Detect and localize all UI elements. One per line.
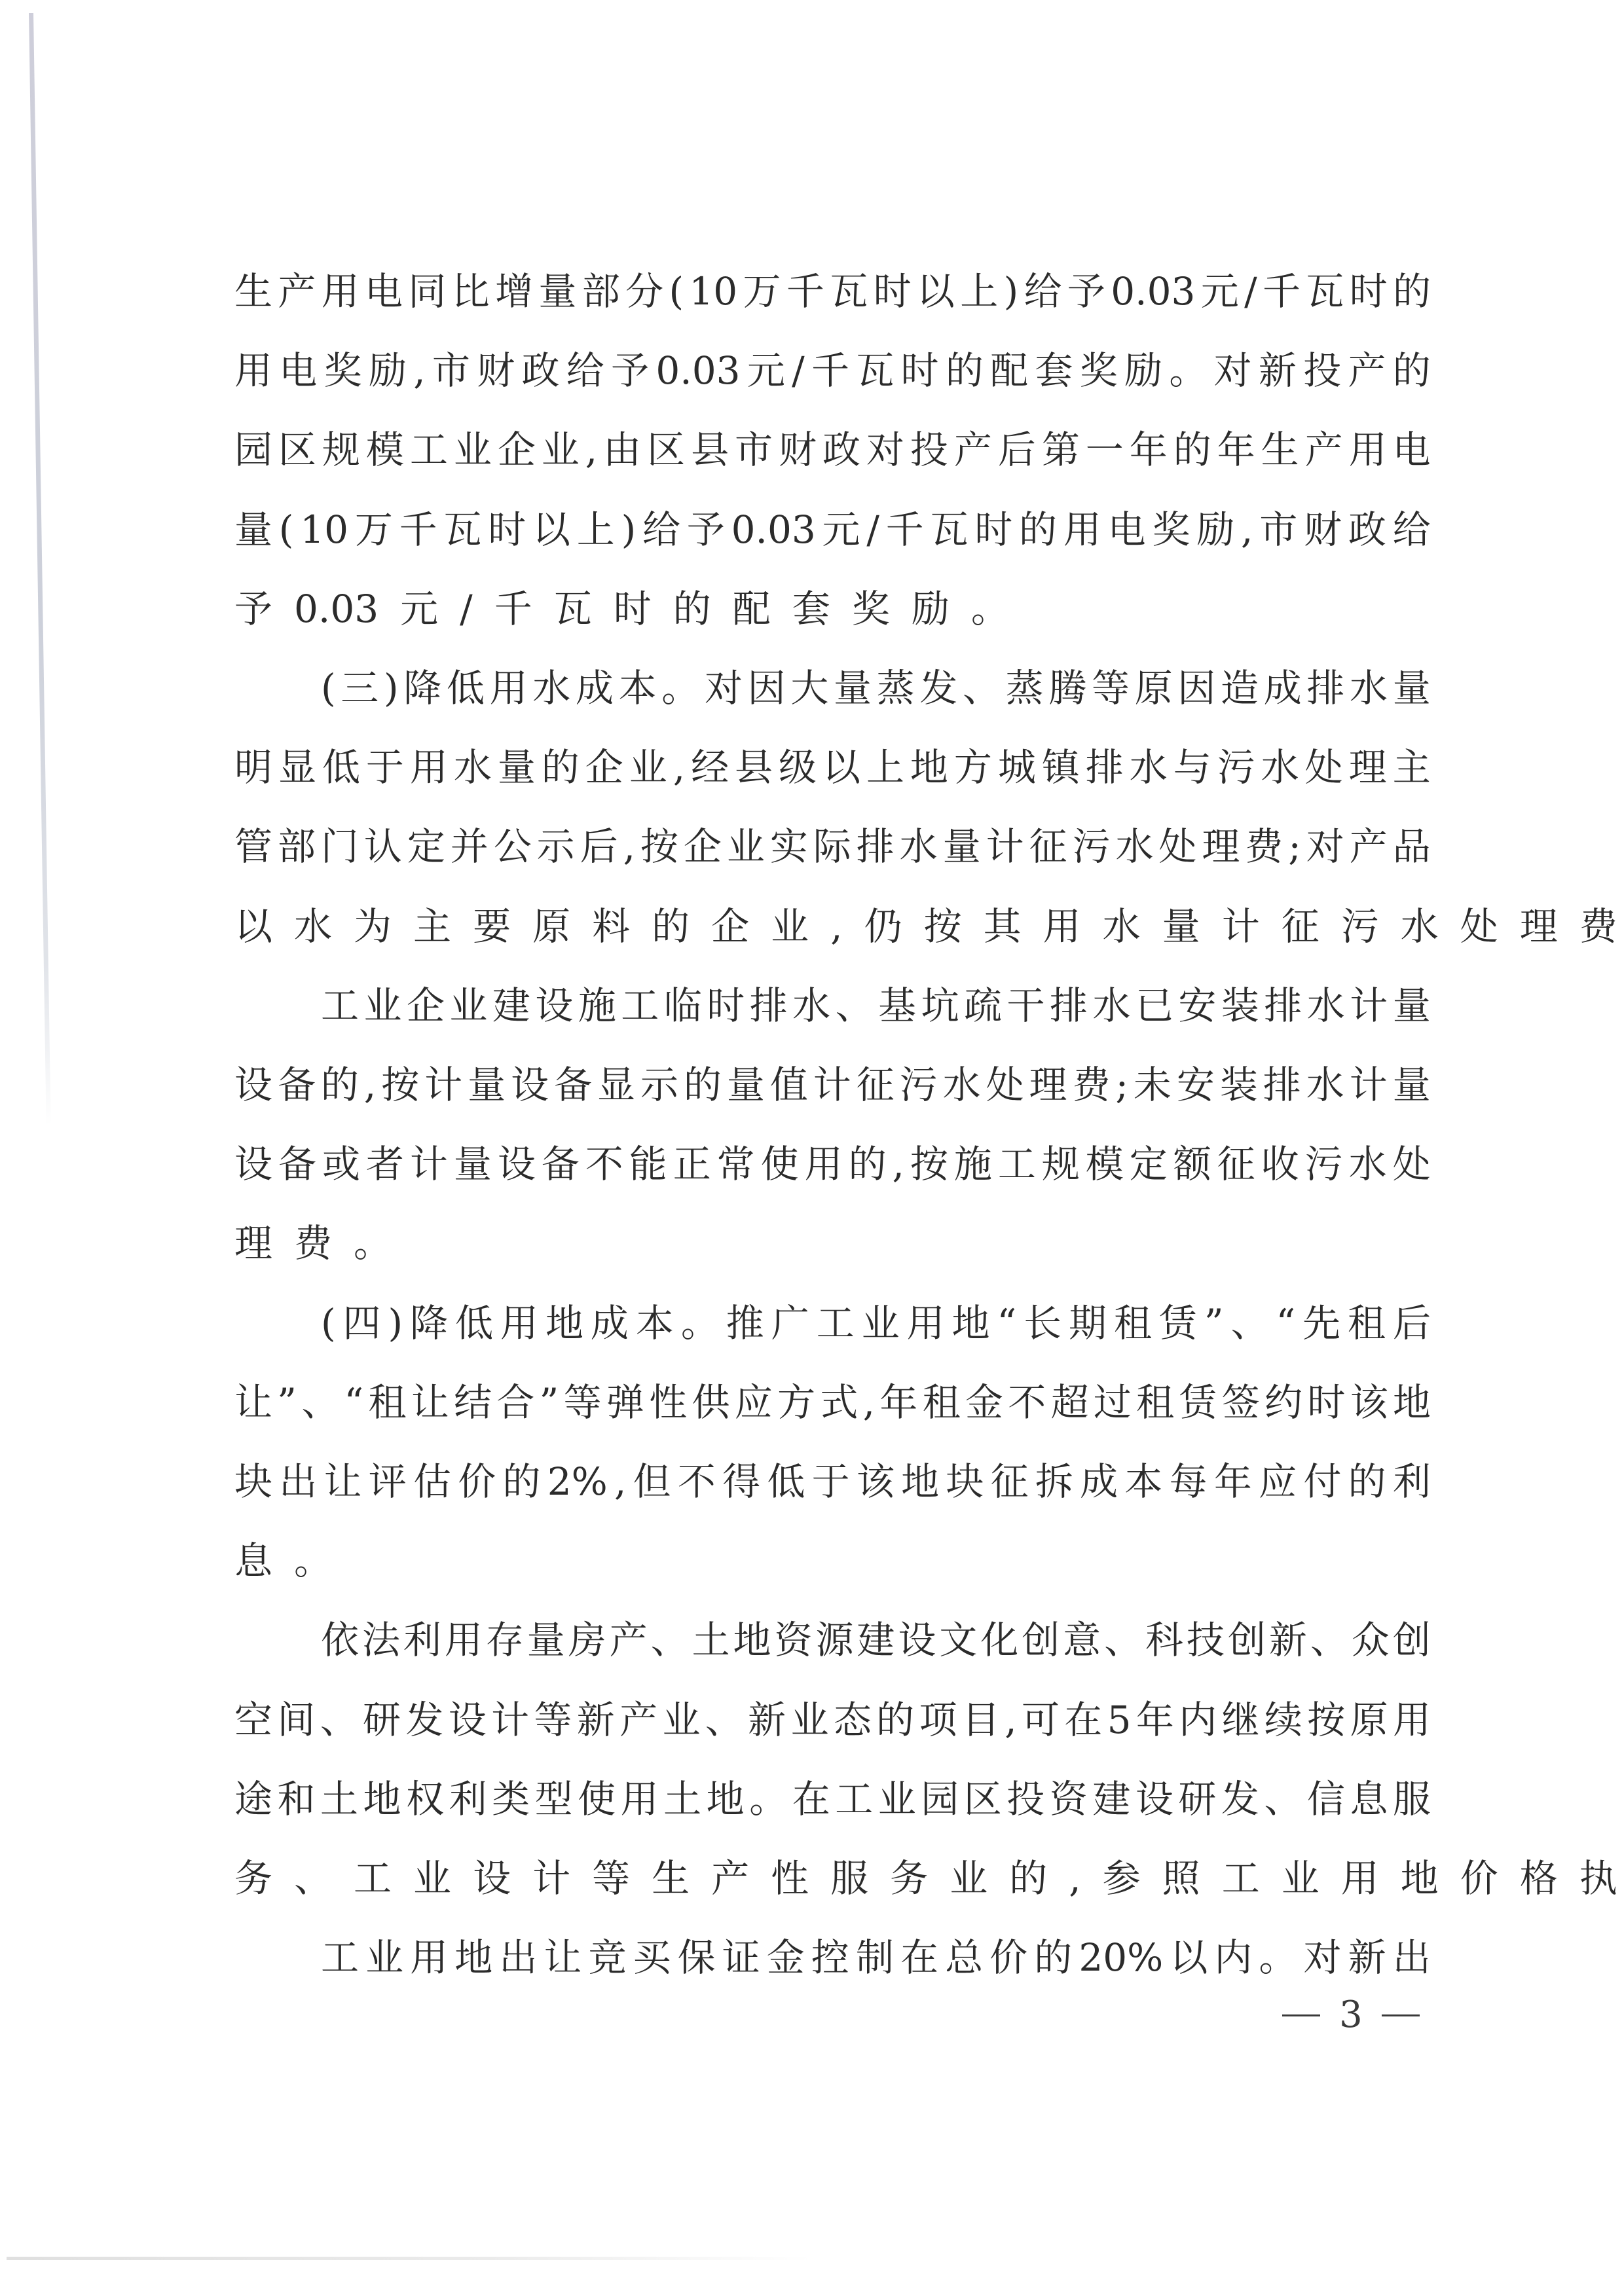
text-glyph: 定 — [1130, 1141, 1168, 1187]
text-glyph: 备 — [542, 1141, 580, 1187]
text-glyph: 疏 — [964, 983, 1002, 1029]
text-glyph: 地 — [1401, 1855, 1439, 1901]
text-glyph: 区 — [964, 1776, 1002, 1822]
text-glyph: 企 — [498, 427, 536, 473]
text-glyph: 先 — [1302, 1300, 1340, 1346]
text-glyph: 已 — [1135, 983, 1173, 1029]
text-glyph: 计 — [532, 1855, 570, 1901]
text-glyph: 该 — [1350, 1379, 1388, 1425]
text-glyph: 地 — [1393, 1379, 1431, 1425]
text-glyph: 估 — [413, 1459, 451, 1504]
text-glyph: 干 — [1007, 983, 1045, 1029]
text-glyph: 赁 — [1179, 1379, 1217, 1425]
text-glyph: 予 — [611, 348, 649, 393]
text-glyph: 千 — [1263, 268, 1301, 314]
text-glyph: ) — [1004, 268, 1019, 314]
text-glyph: “ — [997, 1300, 1017, 1346]
text-glyph: 降 — [410, 1300, 448, 1346]
text-glyph: 间 — [277, 1697, 315, 1743]
text-line: (三)降低用水成本。对因大量蒸发、蒸腾等原因造成排水量 — [321, 665, 1431, 711]
text-glyph: 的 — [1393, 268, 1431, 314]
text-glyph: 不 — [678, 1459, 716, 1504]
text-glyph: 在 — [792, 1776, 830, 1822]
text-glyph: 值 — [770, 1062, 808, 1108]
text-glyph: 证 — [722, 1935, 760, 1980]
text-glyph: 配 — [733, 586, 771, 632]
text-line: 途和土地权利类型使用土地。在工业园区投资建设研发、信息服 — [234, 1776, 1431, 1822]
text-glyph: 安 — [1178, 983, 1216, 1029]
text-glyph: 等 — [564, 1379, 602, 1425]
text-line: 用电奖励,市财政给予0.03元/千瓦时的配套奖励。对新投产的 — [234, 348, 1431, 393]
text-glyph: 以 — [822, 744, 860, 790]
text-glyph: 水 — [1103, 903, 1141, 949]
text-glyph: 项 — [919, 1697, 957, 1743]
text-glyph: 励 — [1196, 507, 1234, 553]
text-glyph: 合 — [496, 1379, 534, 1425]
text-glyph: 推 — [726, 1300, 764, 1346]
text-glyph: 性 — [771, 1855, 809, 1901]
text-glyph: 水 — [1130, 744, 1168, 790]
text-glyph: 用 — [410, 744, 448, 790]
text-glyph: 资 — [1050, 1776, 1088, 1822]
text-glyph: 时 — [707, 983, 745, 1029]
text-glyph: 的 — [321, 1062, 359, 1108]
text-glyph: 显 — [597, 1062, 635, 1108]
text-glyph: 产 — [1350, 824, 1388, 869]
text-glyph: 财 — [477, 348, 515, 393]
text-glyph: 瓦 — [830, 268, 868, 314]
text-glyph: 上 — [866, 744, 904, 790]
text-glyph: 并 — [451, 824, 489, 869]
text-glyph: ) — [388, 1300, 403, 1346]
text-glyph: ” — [540, 1379, 559, 1425]
text-glyph: 租 — [368, 1379, 406, 1425]
text-glyph: 的 — [503, 1459, 541, 1504]
text-glyph: 设 — [449, 1697, 487, 1743]
text-glyph: 水 — [1261, 744, 1299, 790]
text-glyph: 电 — [279, 348, 317, 393]
text-glyph: 元 — [822, 507, 860, 553]
text-glyph: 发 — [1221, 1776, 1259, 1822]
text-glyph: 予 — [687, 507, 725, 553]
text-glyph: 。 — [1259, 1935, 1297, 1980]
text-glyph: 低 — [455, 1300, 493, 1346]
text-glyph: 广 — [771, 1300, 809, 1346]
text-glyph: 源 — [815, 1617, 853, 1663]
text-glyph: 按 — [640, 824, 678, 869]
text-glyph: 过 — [1094, 1379, 1132, 1425]
text-glyph: ” — [277, 1379, 297, 1425]
text-line: 生产用电同比增量部分(10万千瓦时以上)给予0.03元/千瓦时的 — [234, 268, 1431, 314]
text-glyph: 用 — [621, 1776, 659, 1822]
text-glyph: 地 — [901, 1459, 939, 1504]
text-glyph: 租 — [1136, 1379, 1174, 1425]
text-glyph: 业 — [449, 983, 487, 1029]
text-glyph: 蒸 — [877, 665, 915, 711]
text-glyph: 年 — [1214, 1459, 1252, 1504]
text-glyph: 10 — [689, 268, 737, 314]
text-glyph: 。 — [294, 1538, 332, 1584]
text-glyph: 化 — [980, 1617, 1018, 1663]
text-glyph: 20% — [1079, 1935, 1163, 1980]
text-glyph: 每 — [1170, 1459, 1208, 1504]
text-glyph: 理 — [1202, 824, 1240, 869]
text-glyph: 认 — [364, 824, 402, 869]
text-glyph: 的 — [876, 1697, 914, 1743]
text-line: 理费。 — [234, 1220, 413, 1266]
text-glyph: 原 — [532, 903, 570, 949]
text-glyph: 在 — [900, 1935, 938, 1980]
text-glyph: , — [364, 1062, 376, 1108]
text-glyph: 量 — [727, 1062, 765, 1108]
text-glyph: 部 — [582, 268, 620, 314]
text-glyph: 业 — [413, 1855, 451, 1901]
text-glyph: 予 — [234, 586, 272, 632]
text-glyph: 的 — [542, 744, 580, 790]
text-glyph: 其 — [984, 903, 1022, 949]
text-glyph: 比 — [452, 268, 490, 314]
text-glyph: 设 — [511, 1062, 549, 1108]
text-glyph: 新 — [1348, 1935, 1386, 1980]
text-glyph: 年 — [1130, 427, 1168, 473]
text-glyph: 继 — [1222, 1697, 1260, 1743]
text-glyph: 本 — [619, 665, 657, 711]
text-glyph: 计 — [813, 1062, 851, 1108]
text-glyph: 处 — [1393, 1141, 1431, 1187]
text-glyph: 。 — [354, 1220, 392, 1266]
text-glyph: 未 — [1134, 1062, 1172, 1108]
text-glyph: 水 — [532, 665, 570, 711]
text-glyph: 、 — [1104, 1617, 1142, 1663]
text-glyph: 类 — [492, 1776, 530, 1822]
text-line: 予0.03元/千瓦时的配套奖励。 — [234, 586, 1031, 632]
text-glyph: , — [830, 903, 842, 949]
text-glyph: 式 — [820, 1379, 858, 1425]
text-glyph: 临 — [664, 983, 702, 1029]
text-glyph: 使 — [578, 1776, 616, 1822]
text-line: 块出让评估价的2%,但不得低于该地块征拆成本每年应付的利 — [234, 1459, 1431, 1504]
text-glyph: 业 — [1282, 1855, 1319, 1901]
text-glyph: 企 — [711, 903, 749, 949]
text-glyph: 水 — [294, 903, 332, 949]
text-glyph: 瓦 — [856, 348, 894, 393]
text-glyph: 土 — [320, 1776, 358, 1822]
text-glyph: 长 — [1024, 1300, 1061, 1346]
text-glyph: 元 — [1201, 268, 1239, 314]
text-glyph: 。 — [661, 665, 699, 711]
text-glyph: 用 — [1043, 903, 1081, 949]
text-glyph: 产 — [1348, 348, 1386, 393]
text-glyph: 费 — [1579, 903, 1617, 949]
text-glyph: 、 — [294, 1855, 332, 1901]
text-glyph: 以 — [917, 268, 955, 314]
text-line: 以水为主要原料的企业,仍按其用水量计征污水处理费。 — [234, 903, 1624, 949]
text-glyph: 意 — [1063, 1617, 1101, 1663]
text-glyph: 排 — [1050, 983, 1088, 1029]
text-glyph: 按 — [924, 903, 962, 949]
text-glyph: 息 — [234, 1538, 272, 1584]
text-glyph: 量 — [943, 824, 981, 869]
text-glyph: 、 — [1231, 1300, 1269, 1346]
text-glyph: 常 — [717, 1141, 755, 1187]
text-glyph: 租 — [1348, 1300, 1386, 1346]
text-glyph: 由 — [603, 427, 641, 473]
text-line: 让”、“租让结合”等弹性供应方式,年租金不超过租赁签约时该地 — [234, 1379, 1431, 1425]
text-glyph: 一 — [1086, 427, 1124, 473]
text-glyph: 生 — [234, 268, 272, 314]
text-glyph: 投 — [910, 427, 948, 473]
text-glyph: 量 — [498, 744, 536, 790]
text-glyph: 元 — [400, 586, 438, 632]
text-glyph: 安 — [1177, 1062, 1215, 1108]
text-glyph: 给 — [1024, 268, 1062, 314]
text-glyph: 财 — [1304, 507, 1342, 553]
text-glyph: 实 — [770, 824, 808, 869]
text-glyph: 腾 — [1048, 665, 1086, 711]
text-glyph: 应 — [735, 1379, 773, 1425]
text-glyph: 工 — [410, 427, 448, 473]
text-glyph: 污 — [1305, 1141, 1343, 1187]
text-glyph: 资 — [774, 1617, 812, 1663]
text-glyph: 给 — [642, 507, 680, 553]
text-glyph: 的 — [684, 1062, 722, 1108]
text-glyph: 园 — [234, 427, 272, 473]
text-glyph: 征 — [1282, 903, 1319, 949]
text-glyph: 或 — [322, 1141, 360, 1187]
text-glyph: 土 — [692, 1617, 730, 1663]
text-glyph: 让 — [411, 1379, 449, 1425]
text-glyph: 计 — [424, 1062, 462, 1108]
text-glyph: 。 — [749, 1776, 787, 1822]
text-glyph: 政 — [522, 348, 560, 393]
text-glyph: 万 — [743, 268, 781, 314]
text-glyph: 大 — [790, 665, 828, 711]
text-glyph: 投 — [1006, 1776, 1044, 1822]
text-glyph: 的 — [673, 586, 711, 632]
text-glyph: 年 — [879, 1379, 917, 1425]
text-glyph: 时 — [974, 507, 1012, 553]
text-glyph: 建 — [1092, 1776, 1130, 1822]
text-glyph: 规 — [322, 427, 360, 473]
text-glyph: 的 — [1034, 1935, 1072, 1980]
text-glyph: 原 — [1350, 1697, 1388, 1743]
text-glyph: 途 — [234, 1776, 272, 1822]
text-glyph: 价 — [458, 1459, 496, 1504]
text-glyph: 态 — [834, 1697, 872, 1743]
text-glyph: 装 — [1220, 1062, 1258, 1108]
text-glyph: 部 — [278, 824, 316, 869]
text-glyph: 土 — [663, 1776, 701, 1822]
text-glyph: 三 — [341, 665, 378, 711]
text-glyph: 成 — [1080, 1459, 1118, 1504]
text-glyph: ) — [621, 507, 637, 553]
text-glyph: 业 — [363, 983, 401, 1029]
text-glyph: 际 — [813, 824, 851, 869]
text-glyph: 续 — [1264, 1697, 1302, 1743]
text-glyph: 参 — [1103, 1855, 1141, 1901]
text-glyph: 结 — [454, 1379, 492, 1425]
text-glyph: 发 — [919, 665, 957, 711]
text-glyph: 额 — [1173, 1141, 1211, 1187]
text-glyph: 时 — [874, 268, 912, 314]
text-glyph: 签 — [1222, 1379, 1260, 1425]
text-glyph: 奖 — [1080, 348, 1118, 393]
text-glyph: 备 — [278, 1062, 316, 1108]
text-glyph: 量 — [454, 1141, 492, 1187]
text-glyph: 利 — [1393, 1459, 1431, 1504]
text-glyph: 买 — [633, 1935, 671, 1980]
text-line: 务、工业设计等生产性服务业的,参照工业用地价格执行。 — [234, 1855, 1624, 1901]
text-glyph: 理 — [1349, 744, 1387, 790]
text-glyph: 模 — [366, 427, 404, 473]
text-glyph: 设 — [234, 1062, 272, 1108]
text-line: 管部门认定并公示后,按企业实际排水量计征污水处理费;对产品 — [234, 824, 1431, 869]
text-glyph: 模 — [1086, 1141, 1124, 1187]
text-glyph: 后 — [580, 824, 618, 869]
text-glyph: 定 — [407, 824, 445, 869]
text-glyph: 时 — [1307, 1379, 1345, 1425]
text-glyph: 地 — [733, 1617, 771, 1663]
text-glyph: 、 — [963, 665, 1001, 711]
text-glyph: , — [585, 427, 597, 473]
text-glyph: 征 — [1217, 1141, 1255, 1187]
text-glyph: 装 — [1221, 983, 1259, 1029]
text-glyph: 工 — [321, 1935, 359, 1980]
text-glyph: 市 — [432, 348, 470, 393]
text-glyph: 企 — [407, 983, 445, 1029]
text-glyph: 企 — [585, 744, 623, 790]
text-glyph: 新 — [1269, 1617, 1307, 1663]
text-glyph: 与 — [1173, 744, 1211, 790]
text-glyph: 施 — [954, 1141, 992, 1187]
text-glyph: 计 — [1350, 983, 1388, 1029]
text-glyph: 电 — [1108, 507, 1146, 553]
text-glyph: , — [863, 1379, 875, 1425]
text-glyph: 、 — [301, 1379, 339, 1425]
text-glyph: 务 — [890, 1855, 928, 1901]
text-glyph: 污 — [1217, 744, 1255, 790]
text-line: 明显低于用水量的企业,经县级以上地方城镇排水与污水处理主 — [234, 744, 1431, 790]
text-glyph: ; — [1115, 1062, 1128, 1108]
text-glyph: 10 — [300, 507, 348, 553]
text-glyph: 市 — [735, 427, 773, 473]
text-glyph: 按 — [381, 1062, 419, 1108]
text-glyph: 执 — [1579, 1855, 1617, 1901]
text-glyph: 设 — [535, 983, 573, 1029]
text-glyph: 管 — [234, 824, 272, 869]
text-glyph: 量 — [527, 1617, 565, 1663]
page-number-dash-left — [1282, 2014, 1320, 2016]
text-glyph: , — [673, 744, 685, 790]
text-glyph: 让 — [234, 1379, 272, 1425]
text-glyph: 付 — [1303, 1459, 1341, 1504]
text-glyph: 瓦 — [930, 507, 968, 553]
text-glyph: 千 — [399, 507, 437, 553]
text-glyph: 明 — [234, 744, 272, 790]
text-glyph: 水 — [943, 1062, 981, 1108]
text-glyph: 对 — [866, 427, 904, 473]
text-glyph: 技 — [1187, 1617, 1225, 1663]
text-glyph: 时 — [488, 507, 526, 553]
text-glyph: 在 — [1064, 1697, 1102, 1743]
text-glyph: 建 — [857, 1617, 895, 1663]
text-glyph: 按 — [1307, 1697, 1345, 1743]
text-glyph: 工 — [835, 1776, 873, 1822]
text-glyph: 门 — [321, 824, 359, 869]
text-glyph: 本 — [636, 1300, 674, 1346]
text-glyph: 利 — [403, 1617, 441, 1663]
text-glyph: 于 — [812, 1459, 850, 1504]
text-glyph: 征 — [857, 1062, 895, 1108]
text-glyph: 元 — [747, 348, 785, 393]
text-glyph: 显 — [278, 744, 316, 790]
text-glyph: 为 — [354, 903, 392, 949]
text-glyph: 。 — [971, 586, 1009, 632]
text-glyph: 对 — [1214, 348, 1252, 393]
text-glyph: ( — [279, 507, 294, 553]
text-glyph: 水 — [1115, 824, 1153, 869]
text-glyph: 低 — [767, 1459, 805, 1504]
text-glyph: 理 — [1029, 1062, 1067, 1108]
text-glyph: 建 — [492, 983, 530, 1029]
text-glyph: 者 — [366, 1141, 404, 1187]
text-glyph: 费 — [1072, 1062, 1110, 1108]
text-glyph: 创 — [1393, 1617, 1431, 1663]
text-glyph: ) — [384, 665, 399, 711]
text-glyph: 赁 — [1159, 1300, 1197, 1346]
text-glyph: 业 — [771, 903, 809, 949]
text-glyph: 利 — [449, 1776, 487, 1822]
text-glyph: 因 — [1177, 665, 1215, 711]
text-glyph: 第 — [1042, 427, 1080, 473]
text-glyph: 量 — [1393, 1062, 1431, 1108]
text-glyph: 用 — [234, 348, 272, 393]
text-glyph: 地 — [952, 1300, 990, 1346]
text-glyph: 计 — [491, 1697, 529, 1743]
text-glyph: 新 — [1259, 348, 1297, 393]
text-glyph: 励 — [369, 348, 407, 393]
text-glyph: 县 — [735, 744, 773, 790]
text-glyph: 千 — [786, 268, 824, 314]
text-glyph: 规 — [1042, 1141, 1080, 1187]
text-glyph: 因 — [748, 665, 786, 711]
text-glyph: 保 — [678, 1935, 716, 1980]
text-glyph: 地 — [545, 1300, 583, 1346]
text-glyph: 降 — [403, 665, 441, 711]
text-glyph: 成 — [576, 665, 614, 711]
text-glyph: 主 — [1393, 744, 1431, 790]
text-glyph: 施 — [578, 983, 616, 1029]
text-glyph: 2% — [547, 1459, 608, 1504]
text-glyph: 套 — [1035, 348, 1073, 393]
text-glyph: 的 — [1019, 507, 1057, 553]
text-glyph: 财 — [779, 427, 817, 473]
text-glyph: 正 — [673, 1141, 711, 1187]
text-glyph: 让 — [544, 1935, 581, 1980]
text-line: 工业用地出让竞买保证金控制在总价的20%以内。对新出 — [321, 1935, 1431, 1980]
text-line: (四)降低用地成本。推广工业用地“长期租赁”、“先租后 — [321, 1300, 1431, 1346]
text-glyph: 产 — [1305, 427, 1343, 473]
text-glyph: 瓦 — [554, 586, 592, 632]
text-glyph: ” — [1204, 1300, 1224, 1346]
text-glyph: 原 — [1135, 665, 1173, 711]
text-glyph: 企 — [684, 824, 722, 869]
text-glyph: , — [413, 348, 425, 393]
text-glyph: 示 — [640, 1062, 678, 1108]
text-glyph: , — [1069, 1855, 1080, 1901]
text-glyph: 、 — [705, 1697, 743, 1743]
text-line: 园区规模工业企业,由区县市财政对投产后第一年的年生产用电 — [234, 427, 1431, 473]
